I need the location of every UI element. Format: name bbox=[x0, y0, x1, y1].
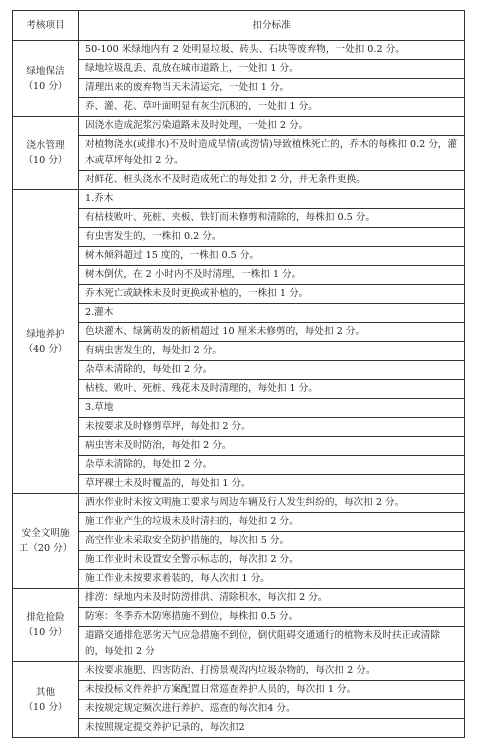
header-assessment-item: 考核项目 bbox=[13, 11, 79, 41]
criteria-item: 有枯枝败叶、死桩、夹板、铁钉而未修剪和清除的，每株扣 0.5 分。 bbox=[79, 209, 465, 228]
category-points: 工（20 分） bbox=[15, 541, 76, 556]
table-row: 乔木死亡或缺株未及时更换或补植的，一株扣 1 分。 bbox=[13, 285, 465, 304]
criteria-item: 防寒：冬季乔木防寒措施不到位，每株扣 0.5 分。 bbox=[79, 608, 465, 627]
category-name: 浇水管理 bbox=[15, 138, 76, 153]
category-name: 绿地保洁 bbox=[15, 64, 76, 79]
table-row: 有枯枝败叶、死桩、夹板、铁钉而未修剪和清除的，每株扣 0.5 分。 bbox=[13, 209, 465, 228]
table-row: 绿地垃圾乱丢、乱放在城市道路上，一处扣 1 分。 bbox=[13, 60, 465, 79]
criteria-item: 对植物浇水(或排水)不及时造成旱情(或涝情)导致植株死亡的，乔木的每株扣 0.2… bbox=[79, 136, 465, 171]
table-row: 病虫害未及时防治，每处扣 2 分。 bbox=[13, 437, 465, 456]
category-name: 排危抢险 bbox=[15, 610, 76, 625]
table-row: 乔、灌、花、草叶面明显有灰尘沉积的，一处扣 1 分。 bbox=[13, 98, 465, 117]
table-row: 清理出来的废弃物当天未清运完，一处扣 1 分。 bbox=[13, 79, 465, 98]
criteria-item: 施工作业产生的垃圾未及时清扫的，每处扣 2 分。 bbox=[79, 513, 465, 532]
table-row: 对植物浇水(或排水)不及时造成旱情(或涝情)导致植株死亡的，乔木的每株扣 0.2… bbox=[13, 136, 465, 171]
criteria-item: 施工作业时未设置安全警示标志的，每次扣 2 分。 bbox=[79, 551, 465, 570]
table-row: 高空作业未采取安全防护措施的，每次扣 5 分。 bbox=[13, 532, 465, 551]
table-row: 树木倒伏，在 2 小时内不及时清理，一株扣 1 分。 bbox=[13, 266, 465, 285]
table-row: 2.灌木 bbox=[13, 304, 465, 323]
table-row: 对鲜花、桩头浇水不及时造成死亡的每处扣 2 分，并无条件更换。 bbox=[13, 171, 465, 190]
criteria-item: 草坪裸土未及时覆盖的，每处扣 1 分。 bbox=[79, 475, 465, 494]
table-row: 未按投标文件养护方案配置日常巡查养护人员的，每次扣 1 分。 bbox=[13, 681, 465, 700]
table-row: 未按照规定提交养护记录的，每次扣2 bbox=[13, 719, 465, 738]
table-row: 有虫害发生的，一株扣 0.2 分。 bbox=[13, 228, 465, 247]
category-cell: 排危抢险 （10 分） bbox=[13, 589, 79, 662]
subheading-trees: 1.乔木 bbox=[79, 190, 465, 209]
criteria-item: 高空作业未采取安全防护措施的，每次扣 5 分。 bbox=[79, 532, 465, 551]
criteria-item: 乔木死亡或缺株未及时更换或补植的，一株扣 1 分。 bbox=[79, 285, 465, 304]
table-row: 枯枝、败叶、死桩、残花未及时清理的，每处扣 1 分。 bbox=[13, 380, 465, 399]
criteria-item: 病虫害未及时防治，每处扣 2 分。 bbox=[79, 437, 465, 456]
table-row: 绿地养护 （40 分） 1.乔木 bbox=[13, 190, 465, 209]
criteria-item: 洒水作业时未按文明施工要求与周边车辆及行人发生纠纷的，每次扣 2 分。 bbox=[79, 494, 465, 513]
table-row: 树木倾斜超过 15 度的，一株扣 0.5 分。 bbox=[13, 247, 465, 266]
criteria-item: 未按投标文件养护方案配置日常巡查养护人员的，每次扣 1 分。 bbox=[79, 681, 465, 700]
table-row: 有病虫害发生的，每处扣 2 分。 bbox=[13, 342, 465, 361]
criteria-item: 有病虫害发生的，每处扣 2 分。 bbox=[79, 342, 465, 361]
criteria-item: 色块灌木、绿篱萌发的新梢超过 10 厘米未修剪的，每处扣 2 分。 bbox=[79, 323, 465, 342]
table-row: 草坪裸土未及时覆盖的，每处扣 1 分。 bbox=[13, 475, 465, 494]
subheading-lawn: 3.草地 bbox=[79, 399, 465, 418]
criteria-item: 杂草未清除的，每处扣 2 分。 bbox=[79, 456, 465, 475]
category-name: 安全文明施 bbox=[15, 526, 76, 541]
criteria-item: 乔、灌、花、草叶面明显有灰尘沉积的，一处扣 1 分。 bbox=[79, 98, 465, 117]
criteria-item: 杂草未清除的，每处扣 2 分。 bbox=[79, 361, 465, 380]
criteria-item: 施工作业未按要求着装的，每人次扣 1 分。 bbox=[79, 570, 465, 589]
criteria-item: 对鲜花、桩头浇水不及时造成死亡的每处扣 2 分，并无条件更换。 bbox=[79, 171, 465, 190]
table-row: 杂草未清除的，每处扣 2 分。 bbox=[13, 361, 465, 380]
category-points: （40 分） bbox=[15, 342, 76, 357]
category-name: 其他 bbox=[15, 685, 76, 700]
criteria-item: 50-100 米绿地内有 2 处明显垃圾、砖头、石块等废弃物，一处扣 0.2 分… bbox=[79, 41, 465, 60]
table-row: 浇水管理 （10 分） 因浇水造成泥浆污染道路未及时处理，一处扣 2 分。 bbox=[13, 117, 465, 136]
criteria-item: 因浇水造成泥浆污染道路未及时处理，一处扣 2 分。 bbox=[79, 117, 465, 136]
scoring-table: 考核项目 扣分标准 绿地保洁 （10 分） 50-100 米绿地内有 2 处明显… bbox=[12, 10, 465, 738]
criteria-item: 未按要求施肥、四害防治、打捞景观沟内垃圾杂物的，每次扣 2 分。 bbox=[79, 662, 465, 681]
category-cell: 绿地养护 （40 分） bbox=[13, 190, 79, 494]
criteria-item: 未按规定规定频次进行养护、巡查的每次扣4 分。 bbox=[79, 700, 465, 719]
category-name: 绿地养护 bbox=[15, 327, 76, 342]
table-row: 防寒：冬季乔木防寒措施不到位，每株扣 0.5 分。 bbox=[13, 608, 465, 627]
table-row: 其他 （10 分） 未按要求施肥、四害防治、打捞景观沟内垃圾杂物的，每次扣 2 … bbox=[13, 662, 465, 681]
table-row: 施工作业未按要求着装的，每人次扣 1 分。 bbox=[13, 570, 465, 589]
criteria-item: 有虫害发生的，一株扣 0.2 分。 bbox=[79, 228, 465, 247]
criteria-item: 排涝：绿地内未及时防涝排洪、清除积水，每次扣 2 分。 bbox=[79, 589, 465, 608]
header-row: 考核项目 扣分标准 bbox=[13, 11, 465, 41]
table-row: 安全文明施 工（20 分） 洒水作业时未按文明施工要求与周边车辆及行人发生纠纷的… bbox=[13, 494, 465, 513]
table-row: 3.草地 bbox=[13, 399, 465, 418]
category-points: （10 分） bbox=[15, 700, 76, 715]
table-row: 排危抢险 （10 分） 排涝：绿地内未及时防涝排洪、清除积水，每次扣 2 分。 bbox=[13, 589, 465, 608]
criteria-item: 绿地垃圾乱丢、乱放在城市道路上，一处扣 1 分。 bbox=[79, 60, 465, 79]
table-row: 未按要求及时修剪草坪，每处扣 2 分。 bbox=[13, 418, 465, 437]
criteria-item: 枯枝、败叶、死桩、残花未及时清理的，每处扣 1 分。 bbox=[79, 380, 465, 399]
table-row: 施工作业时未设置安全警示标志的，每次扣 2 分。 bbox=[13, 551, 465, 570]
category-cell: 安全文明施 工（20 分） bbox=[13, 494, 79, 589]
criteria-item: 树木倾斜超过 15 度的，一株扣 0.5 分。 bbox=[79, 247, 465, 266]
category-points: （10 分） bbox=[15, 625, 76, 640]
criteria-item: 未按照规定提交养护记录的，每次扣2 bbox=[79, 719, 465, 738]
table-row: 道路交通排危恶劣天气应急措施不到位，倒伏阻碍交通通行的植物未及时扶正或清除的，每… bbox=[13, 627, 465, 662]
category-cell: 其他 （10 分） bbox=[13, 662, 79, 738]
table-row: 施工作业产生的垃圾未及时清扫的，每处扣 2 分。 bbox=[13, 513, 465, 532]
table-row: 色块灌木、绿篱萌发的新梢超过 10 厘米未修剪的，每处扣 2 分。 bbox=[13, 323, 465, 342]
table-row: 绿地保洁 （10 分） 50-100 米绿地内有 2 处明显垃圾、砖头、石块等废… bbox=[13, 41, 465, 60]
criteria-item: 道路交通排危恶劣天气应急措施不到位，倒伏阻碍交通通行的植物未及时扶正或清除的，每… bbox=[79, 627, 465, 662]
criteria-item: 未按要求及时修剪草坪，每处扣 2 分。 bbox=[79, 418, 465, 437]
category-points: （10 分） bbox=[15, 79, 76, 94]
criteria-item: 树木倒伏，在 2 小时内不及时清理，一株扣 1 分。 bbox=[79, 266, 465, 285]
category-points: （10 分） bbox=[15, 153, 76, 168]
criteria-item: 清理出来的废弃物当天未清运完，一处扣 1 分。 bbox=[79, 79, 465, 98]
subheading-shrubs: 2.灌木 bbox=[79, 304, 465, 323]
category-cell: 浇水管理 （10 分） bbox=[13, 117, 79, 190]
table-row: 杂草未清除的，每处扣 2 分。 bbox=[13, 456, 465, 475]
header-deduction-criteria: 扣分标准 bbox=[79, 11, 465, 41]
table-row: 未按规定规定频次进行养护、巡查的每次扣4 分。 bbox=[13, 700, 465, 719]
category-cell: 绿地保洁 （10 分） bbox=[13, 41, 79, 117]
